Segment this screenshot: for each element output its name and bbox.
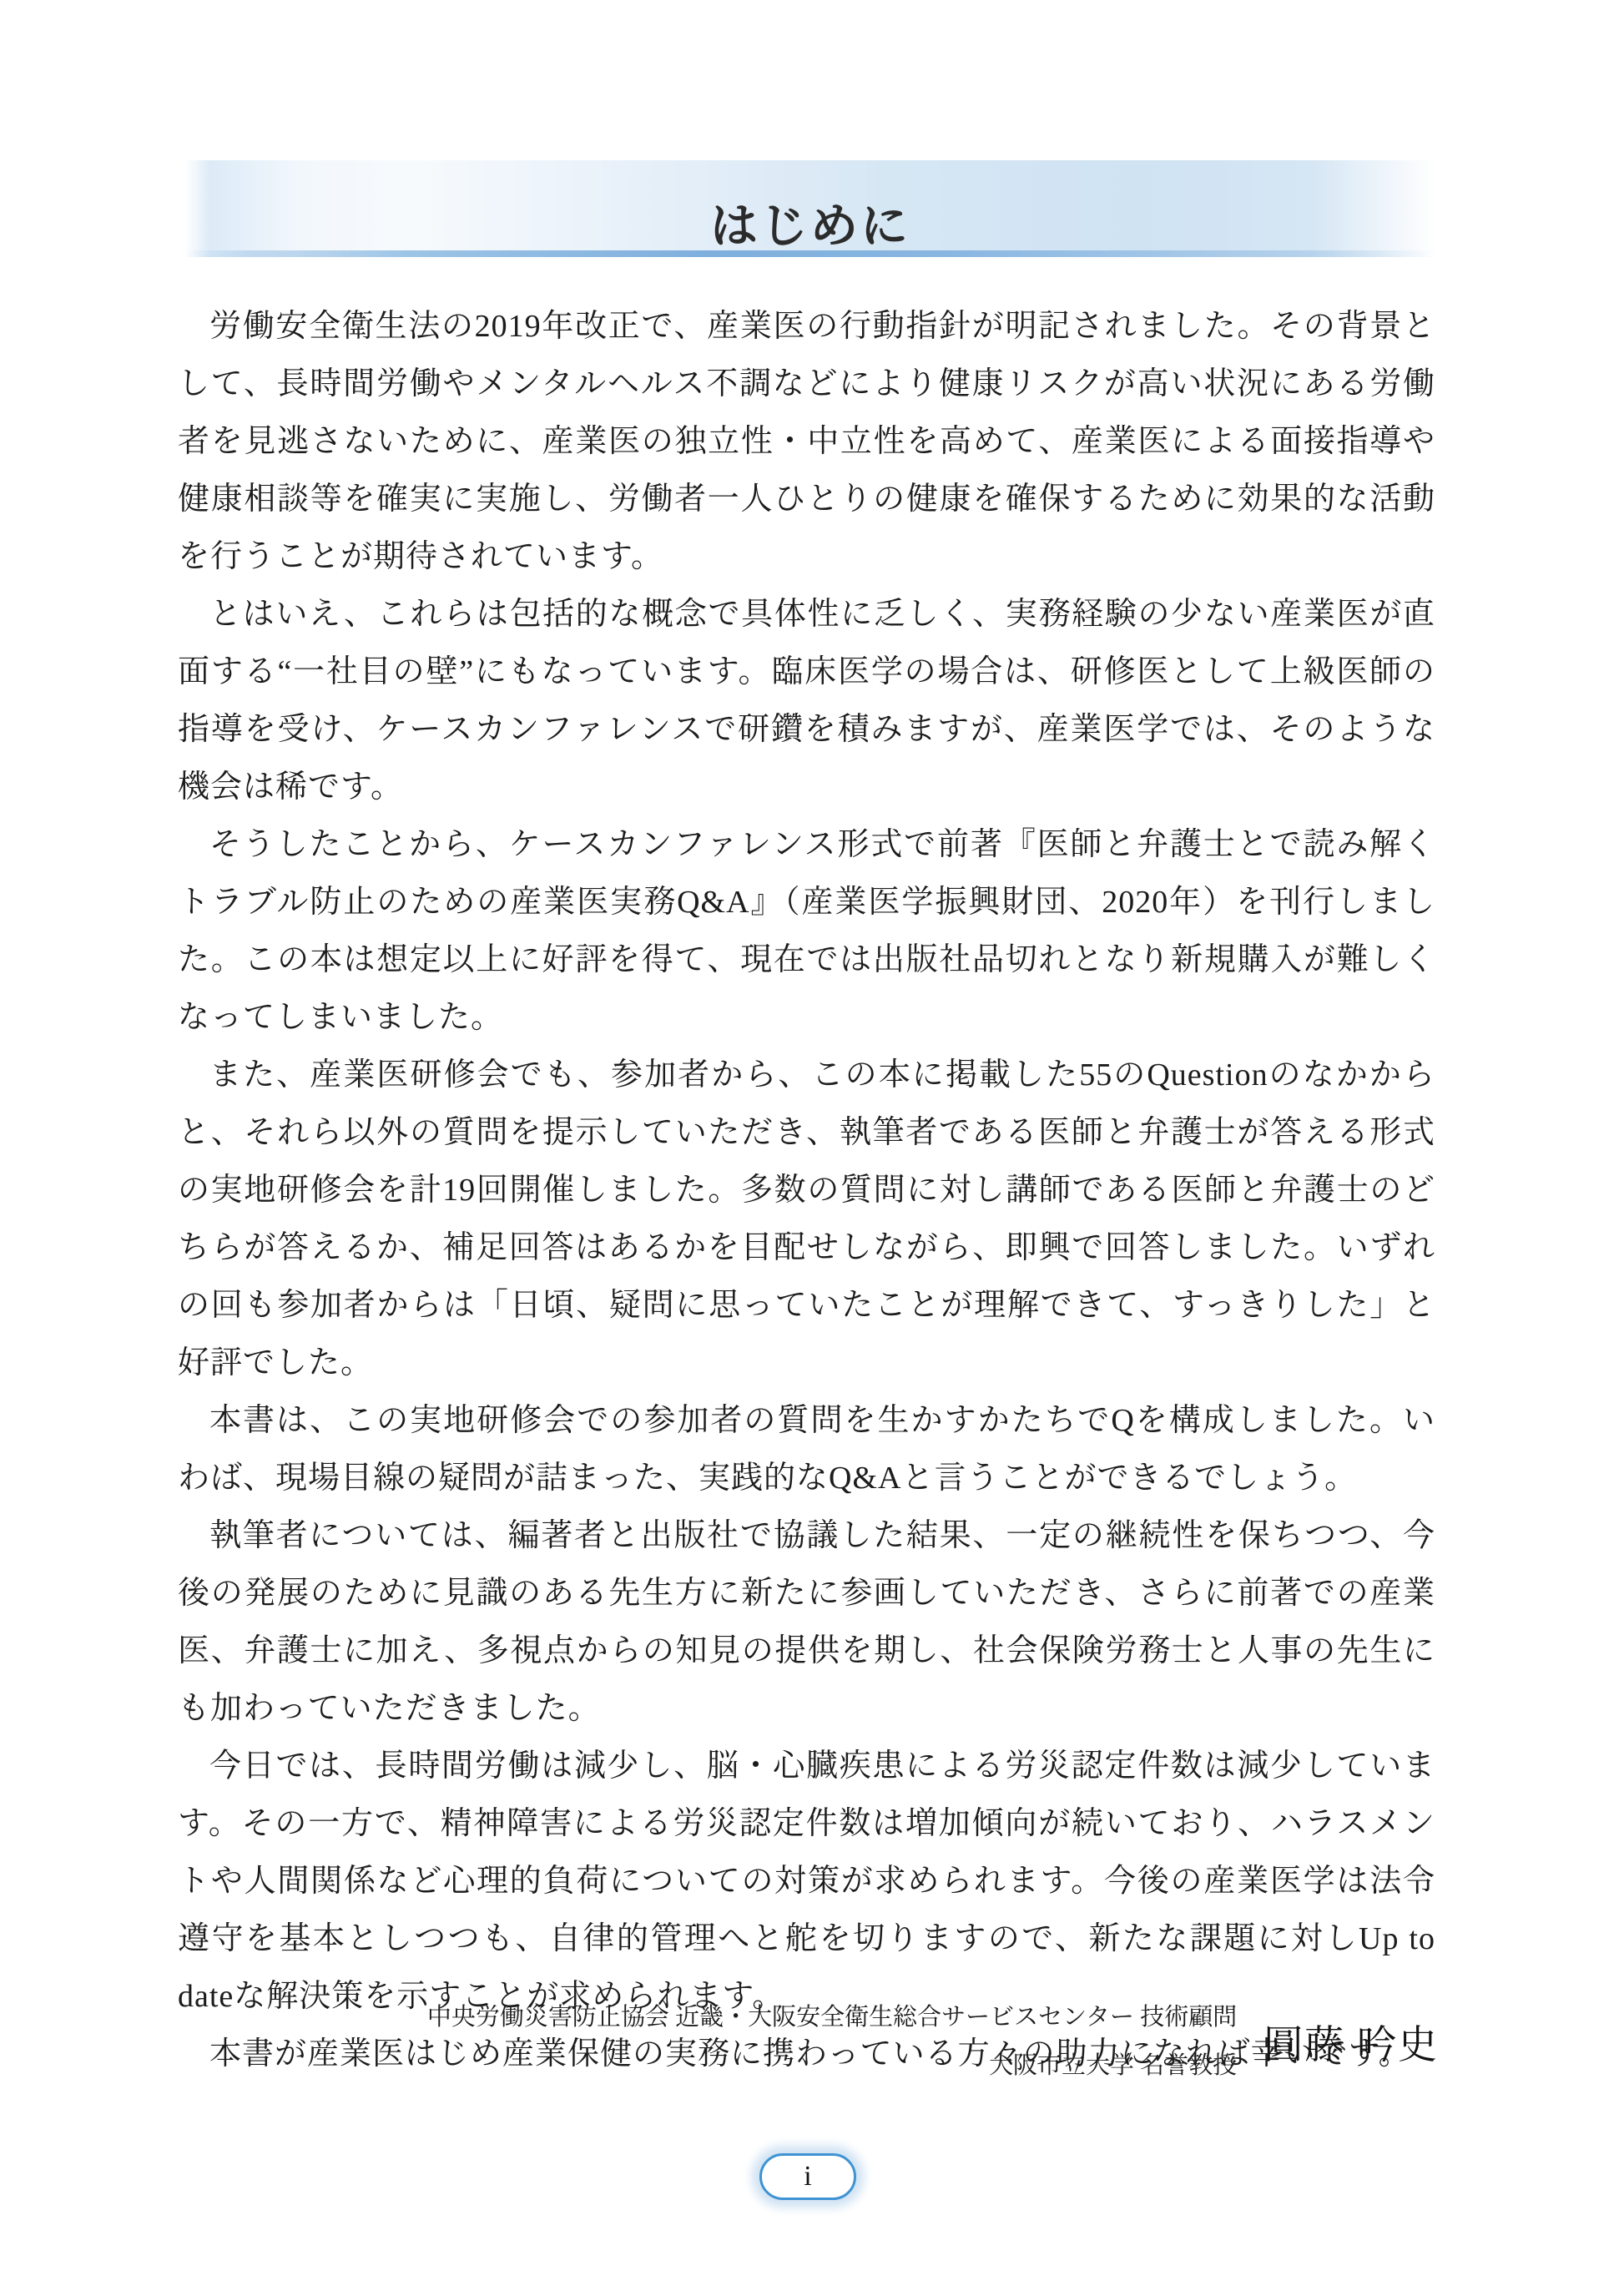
paragraph: そうしたことから、ケースカンファレンス形式で前著『医師と弁護士とで読み解く トラ… [178, 816, 1435, 1047]
paragraph: 今日では、長時間労働は減少し、脳・心臓疾患による労災認定件数は減少しています。そ… [178, 1738, 1435, 2026]
paragraph: 労働安全衛生法の2019年改正で、産業医の行動指針が明記されました。その背景とし… [178, 298, 1435, 586]
author-affiliations: 中央労働災害防止協会 近畿・大阪安全衛生総合サービスセンター 技術顧問 大阪市立… [427, 1993, 1237, 2090]
page: { "header": { "title": "はじめに" }, "paragr… [0, 0, 1624, 2291]
body-text: 労働安全衛生法の2019年改正で、産業医の行動指針が明記されました。その背景とし… [178, 298, 1435, 2083]
paragraph: とはいえ、これらは包括的な概念で具体性に乏しく、実務経験の少ない産業医が直面する… [178, 586, 1435, 816]
paragraph: また、産業医研修会でも、参加者から、この本に掲載した55のQuestionのなか… [178, 1047, 1435, 1392]
page-title: はじめに [710, 188, 910, 256]
page-number: i [804, 2161, 811, 2193]
paragraph: 執筆者については、編著者と出版社で協議した結果、一定の継続性を保ちつつ、今後の発… [178, 1507, 1435, 1738]
affiliation-line-2: 大阪市立大学 名誉教授 [427, 2041, 1237, 2090]
signature-block: 中央労働災害防止協会 近畿・大阪安全衛生総合サービスセンター 技術顧問 大阪市立… [427, 1993, 1439, 2090]
header-banner: はじめに [185, 160, 1435, 257]
affiliation-line-1: 中央労働災害防止協会 近畿・大阪安全衛生総合サービスセンター 技術顧問 [427, 1993, 1237, 2041]
paragraph: 本書は、この実地研修会での参加者の質問を生かすかたちでQを構成しました。いわば、… [178, 1392, 1435, 1507]
page-number-badge: i [759, 2153, 856, 2200]
author-name: 圓藤 吟史 [1263, 2014, 1439, 2070]
